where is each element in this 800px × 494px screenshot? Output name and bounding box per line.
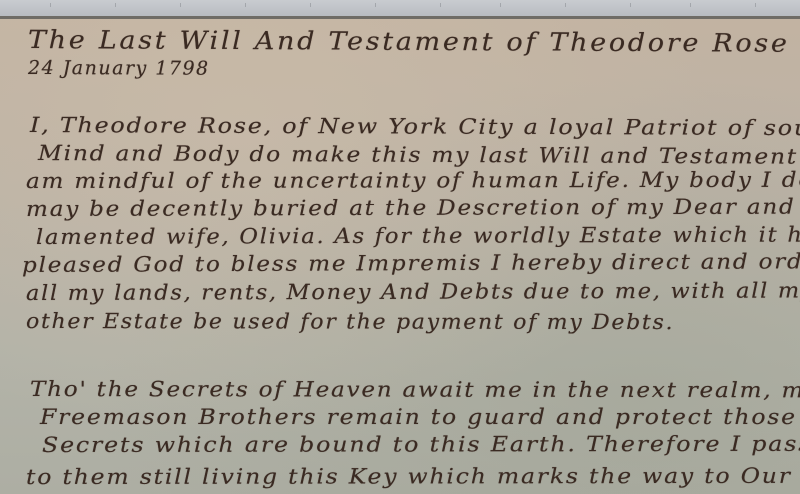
frame-tick xyxy=(630,3,631,7)
text-line: Mind and Body do make this my last Will … xyxy=(38,141,800,169)
text-line: Secrets which are bound to this Earth. T… xyxy=(42,432,800,457)
frame-tick xyxy=(500,3,501,7)
text-line: other Estate be used for the payment of … xyxy=(26,309,674,334)
text-line: all my lands, rents, Money And Debts due… xyxy=(26,278,800,305)
text-line: lamented wife, Olivia. As for the worldl… xyxy=(36,222,800,249)
frame-tick xyxy=(565,3,566,7)
document-date: 24 January 1798 xyxy=(28,57,210,80)
text-line: may be decently buried at the Descretion… xyxy=(26,194,800,221)
frame-tick xyxy=(245,3,246,7)
text-line: am mindful of the uncertainty of human L… xyxy=(26,168,800,193)
frame-tick xyxy=(375,3,376,7)
text-line: Tho' the Secrets of Heaven await me in t… xyxy=(30,377,800,402)
parchment-page: The Last Will And Testament of Theodore … xyxy=(0,19,800,494)
frame-tick xyxy=(180,3,181,7)
frame-tick xyxy=(310,3,311,7)
frame-tick xyxy=(690,3,691,7)
text-line: Freemason Brothers remain to guard and p… xyxy=(40,405,797,429)
top-frame-strip xyxy=(0,0,800,16)
text-line: to them still living this Key which mark… xyxy=(26,464,792,489)
document-photo: The Last Will And Testament of Theodore … xyxy=(0,0,800,494)
document-title: The Last Will And Testament of Theodore … xyxy=(28,25,790,58)
text-line: pleased God to bless me Impremis I hereb… xyxy=(22,249,800,277)
frame-tick xyxy=(115,3,116,7)
frame-tick xyxy=(50,3,51,7)
text-line: I, Theodore Rose, of New York City a loy… xyxy=(30,113,800,140)
frame-tick xyxy=(440,3,441,7)
frame-tick xyxy=(755,3,756,7)
